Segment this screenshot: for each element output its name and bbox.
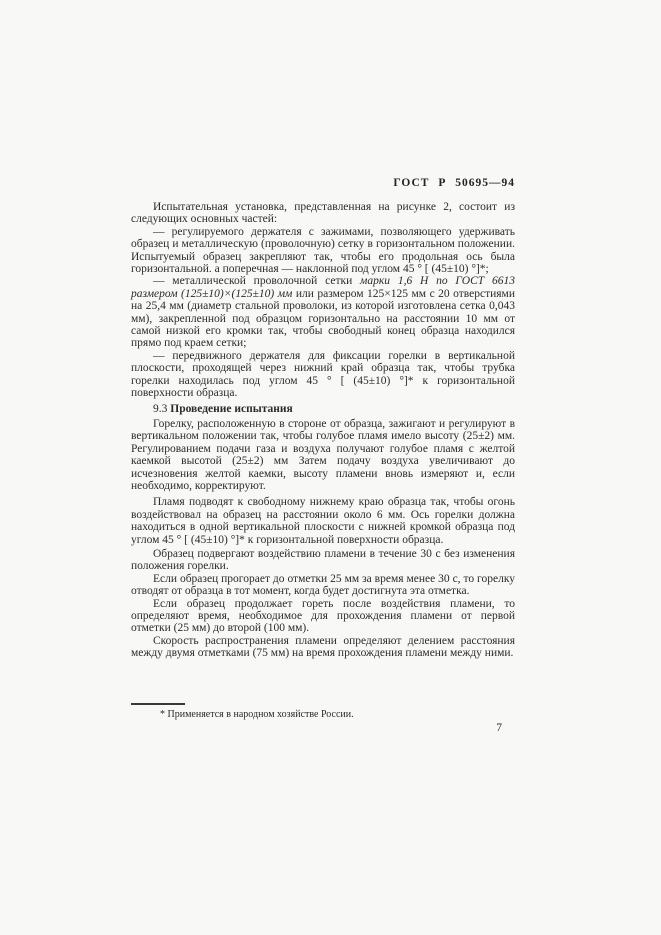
paragraph-burner-adjustment: Горелку, расположенную в стороне от обра… [131, 418, 515, 492]
section-heading-number: 9.3 [153, 403, 170, 415]
list-item-adjustable-holder: — регулируемого держателя с зажимами, по… [131, 226, 515, 276]
paragraph-test-setup-intro: Испытательная установка, представленная … [131, 201, 515, 226]
list-item-wire-mesh: — металлической проволочной сетки марки … [131, 275, 515, 349]
paragraph-flame-speed-calculation: Скорость распространения пламени определ… [131, 635, 515, 660]
list-item-burner-holder: — передвижного держателя для фиксации го… [131, 350, 515, 400]
paragraph-burn-through-condition: Если образец прогорает до отметки 25 мм … [131, 573, 515, 598]
paragraph-exposure-duration: Образец подвергают воздействию пламени в… [131, 548, 515, 573]
footnote-separator [131, 703, 185, 705]
paragraph-continued-burning: Если образец продолжает гореть после воз… [131, 598, 515, 635]
scanned-document-page: ГОСТ Р 50695—94 Испытательная установка,… [0, 0, 661, 935]
footnote-text: * Применяется в народном хозяйстве Росси… [131, 709, 515, 721]
section-heading-9-3: 9.3 Проведение испытания [131, 403, 515, 415]
text-column: Испытательная установка, представленная … [131, 201, 515, 660]
page-header-gost-number: ГОСТ Р 50695—94 [131, 177, 515, 189]
list-item-wire-mesh-text-start: — металлической проволочной сетки [153, 275, 360, 287]
section-heading-title: Проведение испытания [170, 403, 292, 415]
paragraph-flame-application: Пламя подводят к свободному нижнему краю… [131, 496, 515, 546]
page-number: 7 [131, 722, 515, 734]
